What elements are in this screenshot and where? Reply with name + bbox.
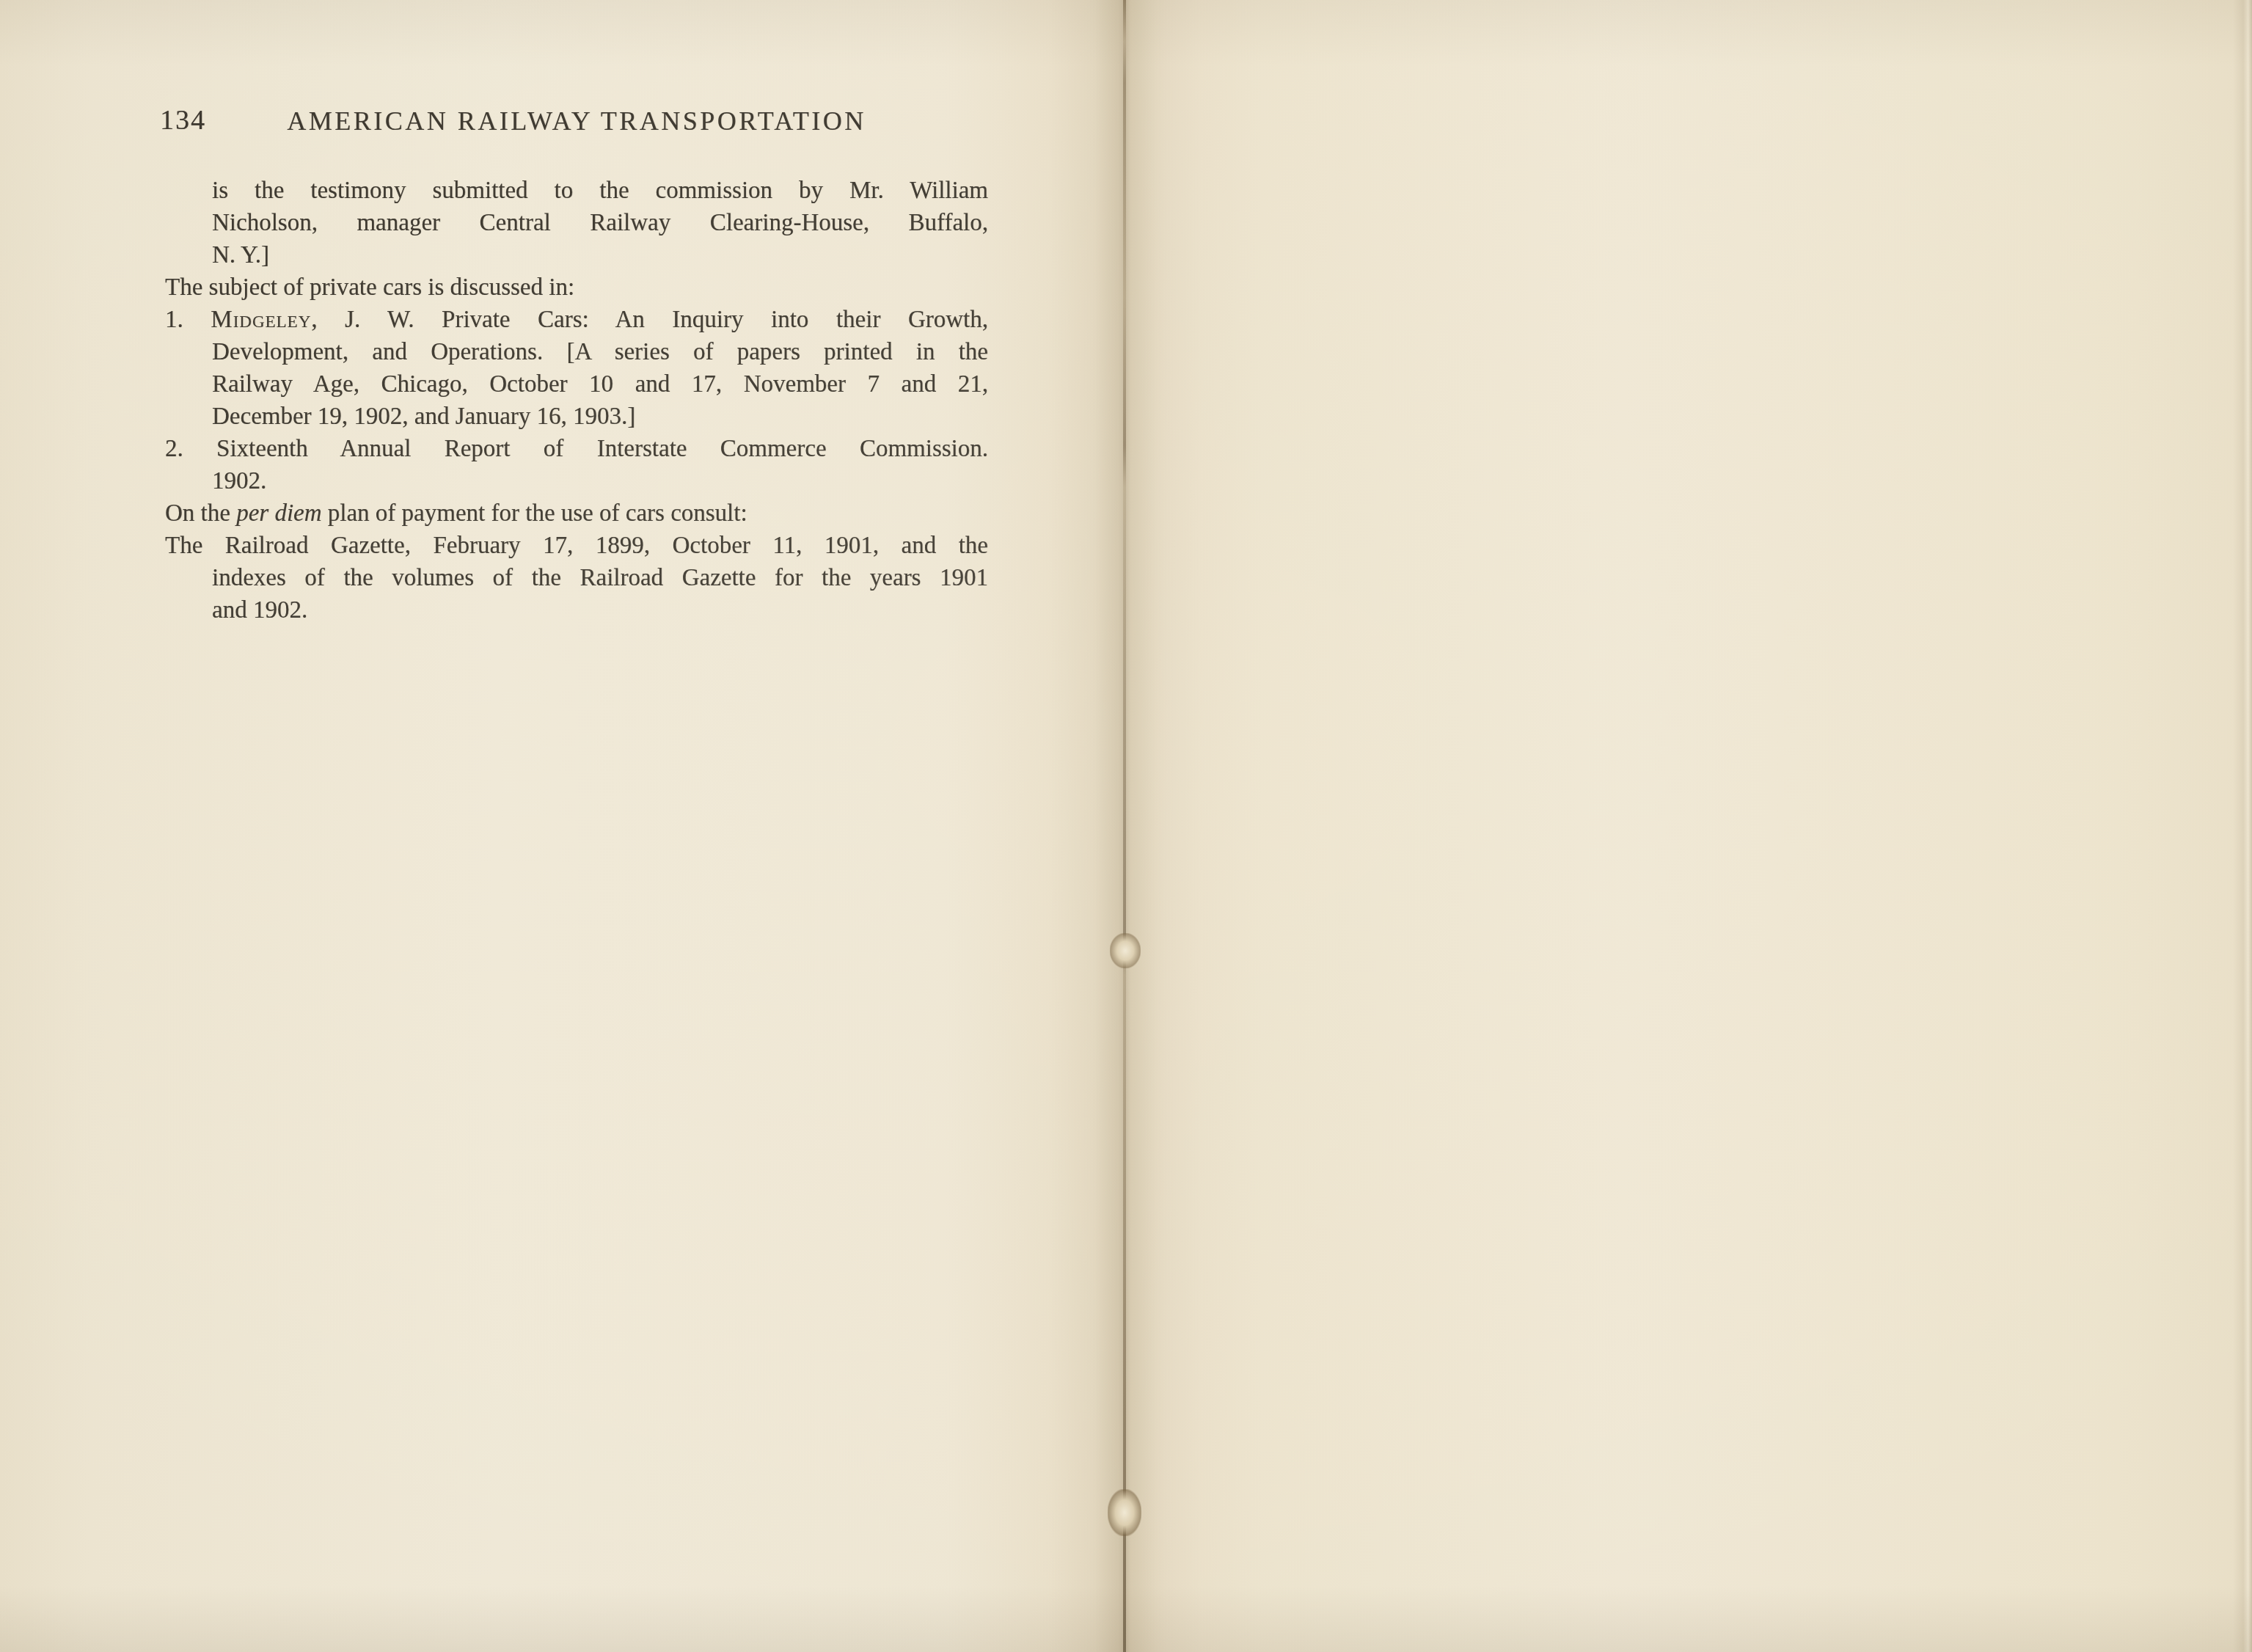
line-segment: and 1902. <box>212 597 307 624</box>
line-segment: 1902. <box>212 468 266 494</box>
bibliography-line: is the testimony submitted to the commis… <box>165 175 988 207</box>
book-scan-spread: 134 AMERICAN RAILWAY TRANSPORTATION is t… <box>0 0 2252 1652</box>
line-segment: Railway Age, Chicago, October 10 and 17,… <box>212 371 988 398</box>
bibliography-line: On the per diem plan of payment for the … <box>165 497 988 530</box>
bibliography-block: is the testimony submitted to the commis… <box>165 175 988 626</box>
bibliography-line: 2. Sixteenth Annual Report of Interstate… <box>165 433 988 465</box>
running-title: AMERICAN RAILWAY TRANSPORTATION <box>165 106 988 136</box>
line-segment: is the testimony submitted to the commis… <box>212 178 988 204</box>
left-page: 134 AMERICAN RAILWAY TRANSPORTATION is t… <box>0 0 1126 1652</box>
running-header: 134 AMERICAN RAILWAY TRANSPORTATION <box>165 104 988 139</box>
line-segment: December 19, 1902, and January 16, 1903.… <box>212 403 635 430</box>
bibliography-line: N. Y.] <box>165 239 988 271</box>
bibliography-line: The subject of private cars is discussed… <box>165 271 988 304</box>
bibliography-line: 1902. <box>165 465 988 497</box>
line-segment: Nicholson, manager Central Railway Clear… <box>212 210 988 236</box>
bibliography-line: December 19, 1902, and January 16, 1903.… <box>165 401 988 433</box>
line-segment: per diem <box>236 500 321 527</box>
line-segment: 2. Sixteenth Annual Report of Interstate… <box>165 436 988 462</box>
line-segment: Development, and Operations. [A series o… <box>212 339 988 365</box>
line-segment: , J. W. Private Cars: An Inquiry into th… <box>311 307 988 333</box>
bibliography-line: 1. Midgeley, J. W. Private Cars: An Inqu… <box>165 304 988 336</box>
line-segment: On the <box>165 500 236 527</box>
right-page: CHAPTER X THE PASSENGER SERVICE The serv… <box>1126 0 2252 1652</box>
bibliography-line: indexes of the volumes of the Railroad G… <box>165 562 988 594</box>
line-segment: Midgeley <box>211 307 311 333</box>
bibliography-line: and 1902. <box>165 594 988 626</box>
line-segment: 1. <box>165 307 211 333</box>
line-segment: The subject of private cars is discussed… <box>165 274 574 301</box>
bibliography-line: Nicholson, manager Central Railway Clear… <box>165 207 988 239</box>
line-segment: plan of payment for the use of cars cons… <box>322 500 747 527</box>
line-segment: The Railroad Gazette, February 17, 1899,… <box>165 533 988 559</box>
line-segment: N. Y.] <box>212 242 269 268</box>
line-segment: indexes of the volumes of the Railroad G… <box>212 565 988 591</box>
bibliography-line: Development, and Operations. [A series o… <box>165 336 988 368</box>
bibliography-line: The Railroad Gazette, February 17, 1899,… <box>165 530 988 562</box>
bibliography-line: Railway Age, Chicago, October 10 and 17,… <box>165 368 988 401</box>
